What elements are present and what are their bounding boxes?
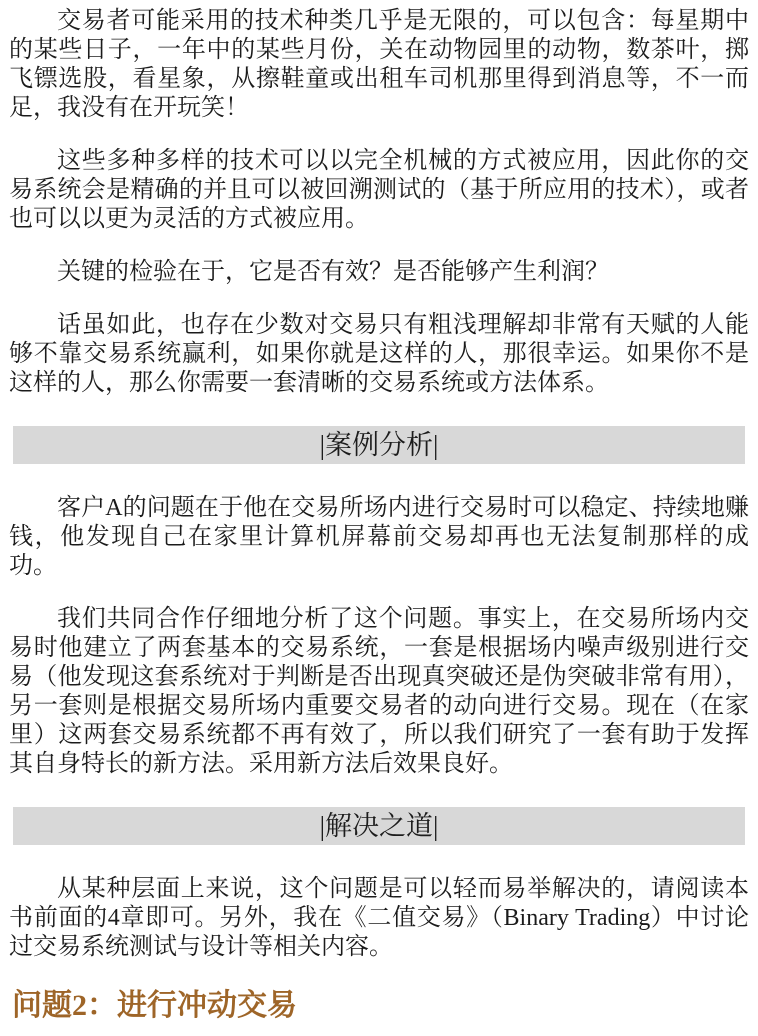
paragraph-key-test: 关键的检验在于，它是否有效？是否能够产生利润？	[9, 258, 749, 287]
paragraph-mechanical-application: 这些多种多样的技术可以以完全机械的方式被应用，因此你的交易系统会是精确的并且可以…	[9, 147, 749, 234]
book-page: 交易者可能采用的技术种类几乎是无限的，可以包含：每星期中的某些日子，一年中的某些…	[0, 0, 758, 1036]
next-problem-heading: 问题2：进行冲动交易	[12, 988, 749, 1024]
paragraph-solution-reading: 从某种层面上来说，这个问题是可以轻而易举解决的，请阅读本书前面的4章即可。另外，…	[9, 875, 749, 962]
paragraph-client-a-analysis: 我们共同合作仔细地分析了这个问题。事实上，在交易所场内交易时他建立了两套基本的交…	[9, 605, 749, 779]
section-header-solution: |解决之道|	[13, 807, 745, 845]
paragraph-client-a-problem: 客户A的问题在于他在交易所场内进行交易时可以稳定、持续地赚钱，他发现自己在家里计…	[9, 494, 749, 581]
paragraph-talented-traders: 话虽如此，也存在少数对交易只有粗浅理解却非常有天赋的人能够不靠交易系统赢利，如果…	[9, 311, 749, 398]
paragraph-techniques-list: 交易者可能采用的技术种类几乎是无限的，可以包含：每星期中的某些日子，一年中的某些…	[9, 7, 749, 123]
section-header-case-analysis: |案例分析|	[13, 426, 745, 464]
